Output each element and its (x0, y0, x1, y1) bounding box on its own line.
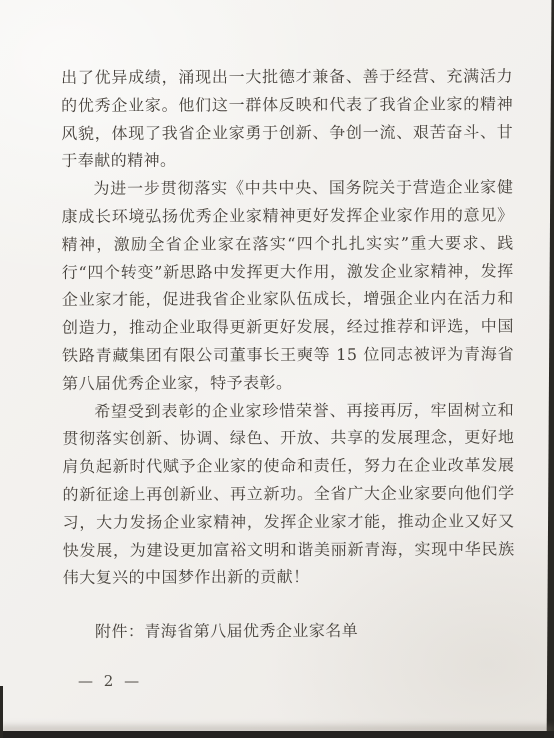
scanned-document-page: 出了优异成绩，涌现出一大批德才兼备、善于经营、充满活力的优秀企业家。他们这一群体… (0, 0, 554, 738)
page-number: — 2 — (78, 672, 142, 690)
attachment-line: 附件：青海省第八届优秀企业家名单 (63, 617, 515, 646)
scan-edge-bottom (0, 731, 554, 738)
document-body: 出了优异成绩，涌现出一大批德才兼备、善于经营、充满活力的优秀企业家。他们这一群体… (61, 62, 515, 646)
scan-edge-left-bottom (0, 686, 3, 738)
body-paragraph: 希望受到表彰的企业家珍惜荣誉、再接再厉，牢固树立和贯彻落实创新、协调、绿色、开放… (62, 396, 515, 592)
body-paragraph: 出了优异成绩，涌现出一大批德才兼备、善于经营、充满活力的优秀企业家。他们这一群体… (61, 62, 513, 175)
body-paragraph: 为进一步贯彻落实《中共中央、国务院关于营造企业家健康成长环境弘扬优秀企业家精神更… (61, 174, 514, 398)
scan-edge-right (546, 0, 554, 738)
